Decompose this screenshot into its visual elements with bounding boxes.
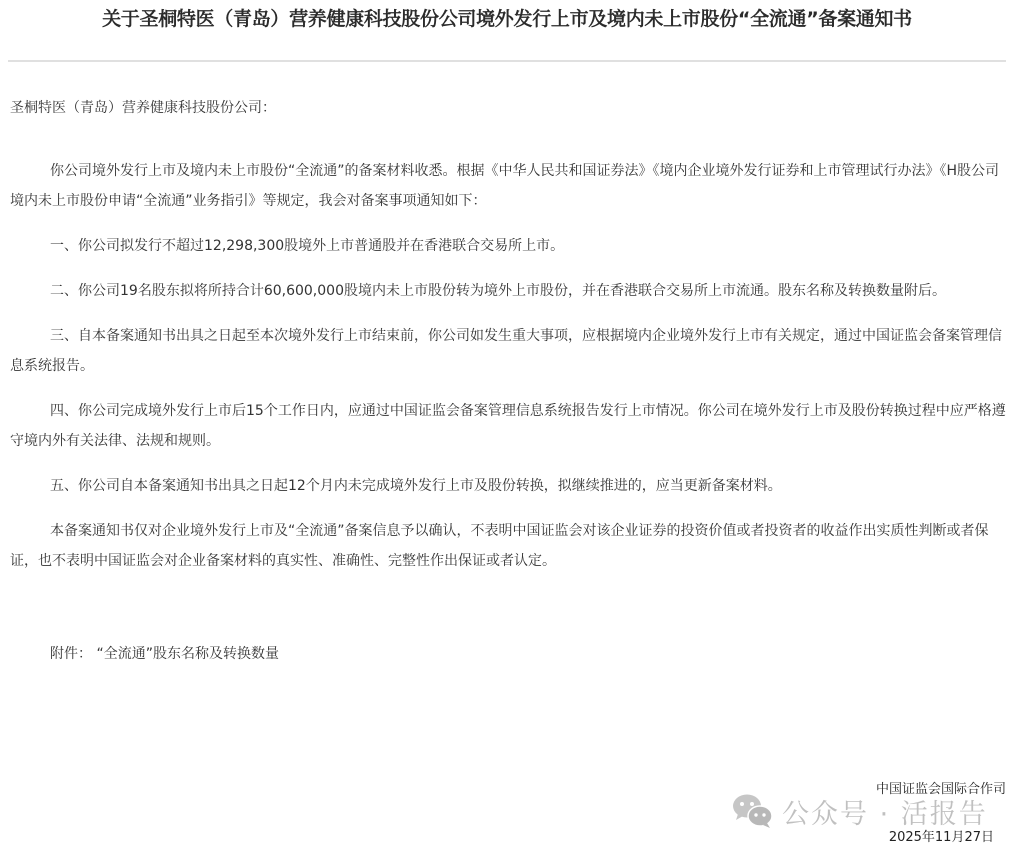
document-body: 圣桐特医（青岛）营养健康科技股份公司： 你公司境外发行上市及境内未上市股份“全流… [10,93,1006,669]
wechat-icon [732,793,774,829]
paragraph-item-5: 五、你公司自本备案通知书出具之日起12个月内未完成境外发行上市及股份转换，拟继续… [10,471,1006,501]
paragraph-disclaimer: 本备案通知书仅对企业境外发行上市及“全流通”备案信息予以确认，不表明中国证监会对… [10,516,1006,576]
salutation: 圣桐特医（青岛）营养健康科技股份公司： [10,93,1006,123]
paragraph-intro: 你公司境外发行上市及境内未上市股份“全流通”的备案材料收悉。根据《中华人民共和国… [10,156,1006,216]
issue-date: 2025年11月27日 [889,828,994,848]
issuer-signature: 中国证监会国际合作司 [876,780,1006,800]
paragraph-item-2: 二、你公司19名股东拟将所持合计60,600,000股境内未上市股份转为境外上市… [10,276,1006,306]
paragraph-item-4: 四、你公司完成境外发行上市后15个工作日内，应通过中国证监会备案管理信息系统报告… [10,396,1006,456]
paragraph-item-3: 三、自本备案通知书出具之日起至本次境外发行上市结束前，你公司如发生重大事项，应根… [10,321,1006,381]
attachment-line: 附件： “全流通”股东名称及转换数量 [10,639,1006,669]
paragraph-item-1: 一、你公司拟发行不超过12,298,300股境外上市普通股并在香港联合交易所上市… [10,231,1006,261]
document-title: 关于圣桐特医（青岛）营养健康科技股份公司境外发行上市及境内未上市股份“全流通”备… [0,5,1014,33]
title-divider [8,60,1006,62]
